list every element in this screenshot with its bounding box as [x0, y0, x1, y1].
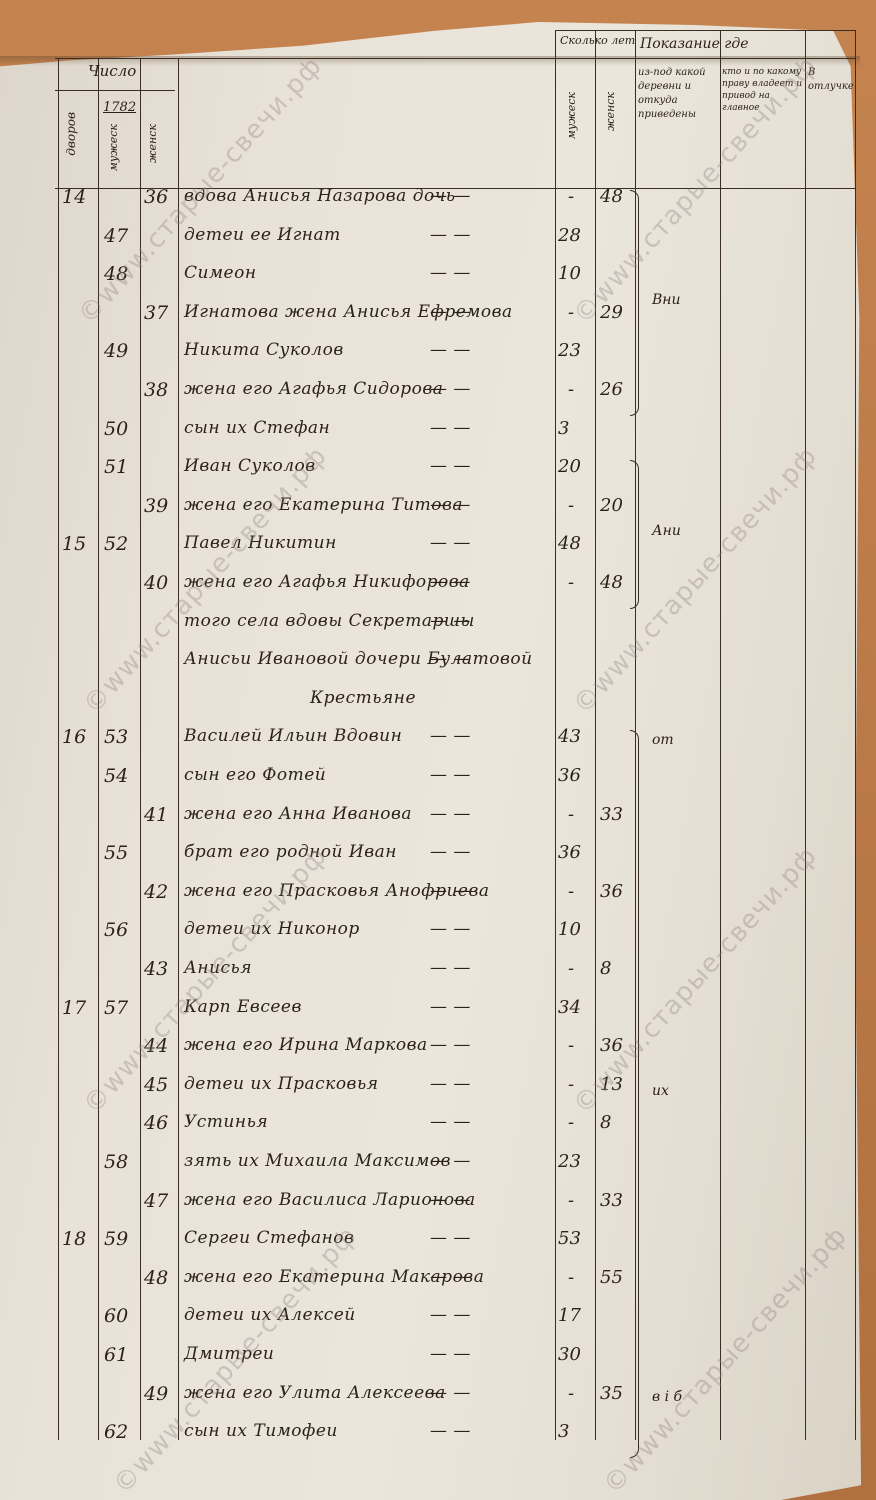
entry-text: сын их Тимофеи: [184, 1421, 338, 1441]
col-text-left: [178, 58, 179, 1440]
filler-dashes: — —: [430, 1074, 471, 1094]
age-female: 36: [600, 881, 623, 902]
entry-text: детеи их Прасковья: [184, 1074, 378, 1094]
filler-dashes: — —: [430, 379, 471, 399]
female-number: 41: [144, 804, 168, 826]
age-female: 8: [600, 958, 611, 979]
male-number: 55: [104, 842, 128, 864]
age-male: -: [568, 958, 574, 979]
entry-text: сын их Стефан: [184, 418, 330, 438]
male-number: 59: [104, 1228, 128, 1250]
age-male: 53: [558, 1228, 581, 1249]
age-female: 48: [600, 186, 623, 207]
age-male: -: [568, 1035, 574, 1056]
brace-label: их: [652, 1083, 669, 1099]
header-chislo: Число: [88, 62, 136, 80]
filler-dashes: — —: [430, 1267, 471, 1287]
filler-dashes: — —: [430, 495, 471, 515]
filler-dashes: — —: [430, 804, 471, 824]
male-number: 57: [104, 997, 128, 1019]
age-male: -: [568, 572, 574, 593]
filler-dashes: — —: [430, 1151, 471, 1171]
age-male: 3: [558, 1421, 569, 1442]
age-female: 55: [600, 1267, 623, 1288]
brace-mark: [630, 460, 639, 608]
filler-dashes: — —: [430, 958, 471, 978]
age-male: -: [568, 379, 574, 400]
male-number: 52: [104, 533, 128, 555]
col-age-male-left: [555, 30, 556, 1440]
age-male: -: [568, 1190, 574, 1211]
female-number: 39: [144, 495, 168, 517]
brace-label: от: [652, 732, 674, 748]
filler-dashes: — —: [430, 881, 471, 901]
header-ages-male: мужеск: [565, 92, 578, 139]
header-year: 1782: [103, 100, 136, 115]
filler-dashes: — —: [430, 1344, 471, 1364]
age-male: 17: [558, 1305, 581, 1326]
age-male: -: [568, 804, 574, 825]
male-number: 47: [104, 225, 128, 247]
male-number: 49: [104, 340, 128, 362]
household-number: 17: [62, 997, 86, 1019]
filler-dashes: — —: [430, 1035, 471, 1055]
female-number: 47: [144, 1190, 168, 1212]
filler-dashes: — —: [430, 186, 471, 206]
age-male: 48: [558, 533, 581, 554]
female-number: 36: [144, 186, 168, 208]
household-number: 16: [62, 726, 86, 748]
entry-text: вдова Анисья Назарова дочь: [184, 186, 456, 206]
age-male: 36: [558, 842, 581, 863]
female-number: 43: [144, 958, 168, 980]
age-male: 20: [558, 456, 581, 477]
age-male: 23: [558, 1151, 581, 1172]
age-male: 23: [558, 340, 581, 361]
male-number: 51: [104, 456, 128, 478]
female-number: 42: [144, 881, 168, 903]
age-male: 34: [558, 997, 581, 1018]
header-remarks-col1: из-под какой деревни и откуда приведены: [638, 66, 718, 122]
male-number: 56: [104, 919, 128, 941]
filler-dashes: — —: [430, 1112, 471, 1132]
col-male-left: [98, 58, 99, 1440]
header-households: дворов: [64, 112, 78, 156]
age-male: -: [568, 495, 574, 516]
filler-dashes: — —: [430, 1383, 471, 1403]
filler-dashes: — —: [430, 842, 471, 862]
age-male: 30: [558, 1344, 581, 1365]
filler-dashes: — —: [430, 225, 471, 245]
age-female: 33: [600, 1190, 623, 1211]
filler-dashes: — —: [430, 1228, 471, 1248]
age-male: -: [568, 1383, 574, 1404]
female-number: 48: [144, 1267, 168, 1289]
entry-text: жена его Агафья Сидорова: [184, 379, 443, 399]
col-households-left: [58, 58, 59, 1440]
age-male: 36: [558, 765, 581, 786]
age-female: 33: [600, 804, 623, 825]
col-remarks3-left: [805, 30, 806, 1440]
entry-text: детеи ее Игнат: [184, 225, 341, 245]
brace-mark: [630, 730, 639, 1457]
filler-dashes: — —: [430, 1190, 471, 1210]
female-number: 49: [144, 1383, 168, 1405]
filler-dashes: — —: [430, 533, 471, 553]
remarks-subheader-rule: [635, 58, 855, 59]
entry-text: зять их Михаила Максимов: [184, 1151, 451, 1171]
age-male: 28: [558, 225, 581, 246]
filler-dashes: — —: [430, 611, 471, 631]
age-female: 26: [600, 379, 623, 400]
header-ages-female: женск: [604, 92, 617, 131]
filler-dashes: — —: [430, 726, 471, 746]
household-number: 18: [62, 1228, 86, 1250]
filler-dashes: — —: [430, 340, 471, 360]
col-right-edge: [855, 30, 856, 1440]
brace-label: Вни: [652, 292, 681, 308]
filler-dashes: — —: [430, 456, 471, 476]
header-male: мужеск: [107, 124, 120, 171]
age-female: 48: [600, 572, 623, 593]
entry-text: жена его Екатерина Титова: [184, 495, 463, 515]
entry-text: сын его Фотей: [184, 765, 326, 785]
male-number: 53: [104, 726, 128, 748]
header-female: женск: [146, 124, 159, 163]
filler-dashes: — —: [430, 1421, 471, 1441]
filler-dashes: — —: [430, 302, 471, 322]
brace-mark: [630, 190, 639, 416]
age-male: 10: [558, 919, 581, 940]
col-remarks2-left: [720, 30, 721, 1440]
age-male: 43: [558, 726, 581, 747]
age-female: 20: [600, 495, 623, 516]
household-number: 15: [62, 533, 86, 555]
age-male: -: [568, 186, 574, 207]
filler-dashes: — —: [430, 919, 471, 939]
age-female: 35: [600, 1383, 623, 1404]
chislo-underline: [55, 90, 175, 91]
male-number: 62: [104, 1421, 128, 1443]
entry-text: Василей Ильин Вдовин: [184, 726, 402, 746]
male-number: 54: [104, 765, 128, 787]
entry-text: жена его Ирина Маркова: [184, 1035, 428, 1055]
entry-text: Анисьи Ивановой дочери Булатовой: [184, 649, 533, 669]
filler-dashes: — —: [430, 997, 471, 1017]
brace-label: Ани: [652, 523, 681, 539]
female-number: 38: [144, 379, 168, 401]
entry-text: Устинья: [184, 1112, 268, 1132]
female-number: 40: [144, 572, 168, 594]
age-female: 8: [600, 1112, 611, 1133]
filler-dashes: — —: [430, 765, 471, 785]
header-top-rule-right: [555, 30, 855, 31]
col-age-female-left: [595, 30, 596, 1440]
male-number: 61: [104, 1344, 128, 1366]
header-ages: Сколько лет: [560, 34, 635, 48]
female-number: 46: [144, 1112, 168, 1134]
male-number: 58: [104, 1151, 128, 1173]
male-number: 60: [104, 1305, 128, 1327]
age-male: -: [568, 1112, 574, 1133]
household-number: 14: [62, 186, 86, 208]
age-male: -: [568, 881, 574, 902]
female-number: 45: [144, 1074, 168, 1096]
filler-dashes: — —: [430, 649, 471, 669]
entry-text: Крестьяне: [310, 688, 416, 708]
filler-dashes: — —: [430, 418, 471, 438]
header-remarks: Показание где: [640, 36, 749, 52]
entry-text: Никита Суколов: [184, 340, 344, 360]
entry-text: брат его родной Иван: [184, 842, 397, 862]
age-male: -: [568, 1267, 574, 1288]
age-male: -: [568, 1074, 574, 1095]
age-male: 3: [558, 418, 569, 439]
male-number: 50: [104, 418, 128, 440]
female-number: 37: [144, 302, 168, 324]
entry-text: жена его Анна Иванова: [184, 804, 412, 824]
filler-dashes: — —: [430, 263, 471, 283]
filler-dashes: — —: [430, 572, 471, 592]
filler-dashes: — —: [430, 1305, 471, 1325]
age-male: 10: [558, 263, 581, 284]
entry-text: Симеон: [184, 263, 257, 283]
